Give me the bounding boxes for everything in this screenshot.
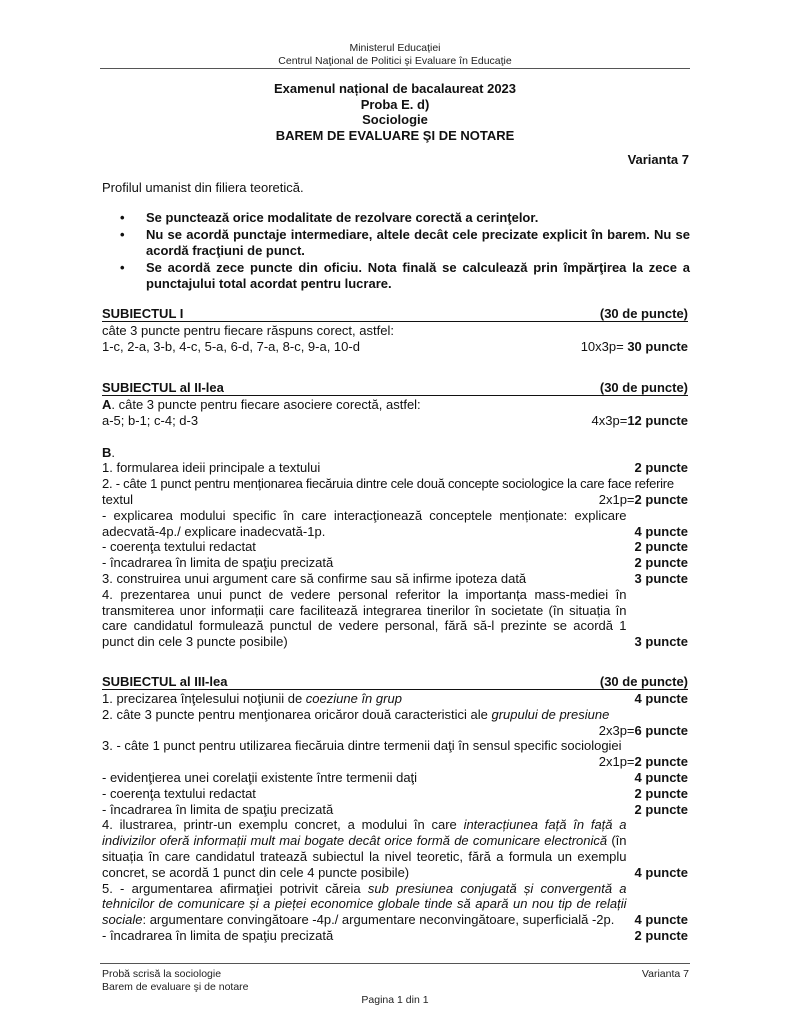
criterion-row: - coerenţa textului redactat 2 puncte bbox=[102, 786, 688, 802]
section-heading: SUBIECTUL al II-lea (30 de puncte) bbox=[102, 381, 688, 396]
section-title: SUBIECTUL al III-lea bbox=[102, 675, 227, 689]
subiect-3: SUBIECTUL al III-lea (30 de puncte) 1. p… bbox=[102, 675, 688, 944]
score-value: 2 puncte bbox=[635, 754, 688, 769]
criterion-points: 4 puncte bbox=[627, 770, 688, 786]
score-calc: 2x3p= bbox=[599, 723, 635, 738]
footer-divider bbox=[100, 963, 690, 964]
criterion-text: - încadrarea în limita de spaţiu preciza… bbox=[102, 555, 627, 571]
criterion-text: 3. - câte 1 punct pentru utilizarea fiec… bbox=[102, 738, 688, 754]
score-value: 2 puncte bbox=[635, 492, 688, 507]
criterion-row: 1. formularea ideii principale a textulu… bbox=[102, 460, 688, 476]
criterion-text-plain: 4. ilustrarea, printr-un exemplu concret… bbox=[102, 817, 464, 832]
criterion-points: 3 puncte bbox=[627, 634, 688, 650]
criterion-text: 1. precizarea înţelesului noţiunii de co… bbox=[102, 691, 627, 707]
score-value: 30 puncte bbox=[627, 339, 688, 354]
answer-row: a-5; b-1; c-4; d-3 4x3p=12 puncte bbox=[102, 413, 688, 429]
criterion-row: - încadrarea în limita de spaţiu preciza… bbox=[102, 802, 688, 818]
part-a-text: . câte 3 puncte pentru fiecare asociere … bbox=[111, 397, 420, 412]
criterion-points: 2x1p=2 puncte bbox=[102, 754, 688, 770]
score-calc: 4x3p= bbox=[592, 413, 628, 428]
criterion-row: - încadrarea în limita de spaţiu preciza… bbox=[102, 555, 688, 571]
section-intro: câte 3 puncte pentru fiecare răspuns cor… bbox=[102, 323, 688, 339]
center-name: Centrul Naţional de Politici şi Evaluare… bbox=[100, 55, 690, 68]
answer-key: a-5; b-1; c-4; d-3 bbox=[102, 413, 584, 429]
criterion-text-plain: : argumentare convingătoare -4p./ argume… bbox=[142, 912, 614, 927]
criterion-row: 4. prezentarea unui punct de vedere pers… bbox=[102, 587, 688, 650]
criterion-text-italic: grupului de presiune bbox=[492, 707, 610, 722]
criterion-points: 2 puncte bbox=[627, 555, 688, 571]
score-value: 6 puncte bbox=[635, 723, 688, 738]
page-number: Pagina 1 din 1 bbox=[100, 994, 690, 1006]
criterion-text: - încadrarea în limita de spaţiu preciza… bbox=[102, 802, 627, 818]
header-divider bbox=[100, 68, 690, 69]
section-points: (30 de puncte) bbox=[600, 381, 688, 395]
criterion-points: 2x1p=2 puncte bbox=[591, 492, 688, 508]
criterion-points: 2 puncte bbox=[627, 539, 688, 555]
criterion-points: 4 puncte bbox=[627, 912, 688, 928]
criterion-text: 1. formularea ideii principale a textulu… bbox=[102, 460, 627, 476]
criterion-points: 2 puncte bbox=[627, 928, 688, 944]
section-points: (30 de puncte) bbox=[600, 675, 688, 689]
part-a-label: A bbox=[102, 397, 111, 412]
criterion-points: 2 puncte bbox=[627, 460, 688, 476]
criterion-points: 3 puncte bbox=[627, 571, 688, 587]
criterion-row: 3. construirea unui argument care să con… bbox=[102, 571, 688, 587]
document-page: Ministerul Educației Centrul Naţional de… bbox=[0, 0, 791, 1024]
rule-item: Nu se acordă punctaje intermediare, alte… bbox=[120, 227, 690, 259]
part-b-heading: B. bbox=[102, 445, 688, 461]
answer-key: 1-c, 2-a, 3-b, 4-c, 5-a, 6-d, 7-a, 8-c, … bbox=[102, 339, 573, 355]
criterion-text: 4. prezentarea unui punct de vedere pers… bbox=[102, 587, 697, 650]
exam-proba: Proba E. d) bbox=[100, 97, 690, 113]
footer-barem-name: Barem de evaluare şi de notare bbox=[102, 981, 249, 994]
title-block: Examenul național de bacalaureat 2023 Pr… bbox=[100, 81, 690, 143]
exam-title: Examenul național de bacalaureat 2023 bbox=[100, 81, 690, 97]
criterion-text: 3. construirea unui argument care să con… bbox=[102, 571, 627, 587]
footer-exam-name: Probă scrisă la sociologie bbox=[102, 968, 249, 981]
score-value: 12 puncte bbox=[627, 413, 688, 428]
page-header: Ministerul Educației Centrul Naţional de… bbox=[100, 42, 690, 68]
criterion-row: - explicarea modului specific în care in… bbox=[102, 508, 688, 540]
section-heading: SUBIECTUL al III-lea (30 de puncte) bbox=[102, 675, 688, 690]
criterion-text-plain: 2. câte 3 puncte pentru menţionarea oric… bbox=[102, 707, 492, 722]
ministry-name: Ministerul Educației bbox=[100, 42, 690, 55]
criterion-points: 2 puncte bbox=[627, 786, 688, 802]
part-a-intro: A. câte 3 puncte pentru fiecare asociere… bbox=[102, 397, 688, 413]
criterion-row: - încadrarea în limita de spaţiu preciza… bbox=[102, 928, 688, 944]
criterion-text: - coerenţa textului redactat bbox=[102, 539, 627, 555]
criterion-row: 4. ilustrarea, printr-un exemplu concret… bbox=[102, 817, 688, 880]
score-calc: 10x3p= bbox=[581, 339, 628, 354]
criterion-text: - coerenţa textului redactat bbox=[102, 786, 627, 802]
criterion-text: 2. - câte 1 punct pentru menționarea fie… bbox=[102, 476, 688, 492]
part-b-label: B bbox=[102, 445, 111, 460]
criterion-text: 5. - argumentarea afirmaţiei potrivit că… bbox=[102, 881, 717, 928]
exam-subject: Sociologie bbox=[100, 112, 690, 128]
rule-item: Se punctează orice modalitate de rezolva… bbox=[120, 210, 690, 226]
criterion-text: textul bbox=[102, 492, 591, 508]
score-total: 10x3p= 30 puncte bbox=[573, 339, 688, 355]
criterion-text: 2. câte 3 puncte pentru menţionarea oric… bbox=[102, 707, 688, 723]
criterion-row: - coerenţa textului redactat 2 puncte bbox=[102, 539, 688, 555]
subiect-2: SUBIECTUL al II-lea (30 de puncte) A. câ… bbox=[102, 381, 688, 650]
subiect-1: SUBIECTUL I (30 de puncte) câte 3 puncte… bbox=[102, 307, 688, 355]
section-title: SUBIECTUL I bbox=[102, 307, 183, 321]
criterion-text-italic: coeziune în grup bbox=[306, 691, 402, 706]
criterion-points: 4 puncte bbox=[627, 524, 688, 540]
score-total: 4x3p=12 puncte bbox=[584, 413, 688, 429]
criterion-row: 1. precizarea înţelesului noţiunii de co… bbox=[102, 691, 688, 707]
section-title: SUBIECTUL al II-lea bbox=[102, 381, 224, 395]
criterion-text-plain: 5. - argumentarea afirmaţiei potrivit că… bbox=[102, 881, 368, 896]
score-calc: 2x1p= bbox=[599, 754, 635, 769]
criterion-text: - explicarea modului specific în care in… bbox=[102, 508, 717, 540]
criterion-text: - evidenţierea unei corelaţii existente … bbox=[102, 770, 627, 786]
profile-text: Profilul umanist din filiera teoretică. bbox=[102, 180, 304, 195]
barem-title: BAREM DE EVALUARE ŞI DE NOTARE bbox=[100, 128, 690, 144]
rule-item: Se acordă zece puncte din oficiu. Nota f… bbox=[120, 260, 690, 292]
criterion-text-plain: 1. precizarea înţelesului noţiunii de bbox=[102, 691, 306, 706]
criterion-text: 4. ilustrarea, printr-un exemplu concret… bbox=[102, 817, 697, 880]
variant-label: Varianta 7 bbox=[628, 152, 689, 167]
criterion-row: 5. - argumentarea afirmaţiei potrivit că… bbox=[102, 881, 688, 928]
criterion-points: 2x3p=6 puncte bbox=[102, 723, 688, 739]
criterion-points: 4 puncte bbox=[627, 691, 688, 707]
criterion-points: 2 puncte bbox=[627, 802, 688, 818]
criterion-points: 4 puncte bbox=[627, 865, 688, 881]
general-rules: Se punctează orice modalitate de rezolva… bbox=[120, 210, 690, 293]
criterion-row: - evidenţierea unei corelaţii existente … bbox=[102, 770, 688, 786]
criterion-row: textul 2x1p=2 puncte bbox=[102, 492, 688, 508]
answer-row: 1-c, 2-a, 3-b, 4-c, 5-a, 6-d, 7-a, 8-c, … bbox=[102, 339, 688, 355]
score-calc: 2x1p= bbox=[599, 492, 635, 507]
section-points: (30 de puncte) bbox=[600, 307, 688, 321]
criterion-text: - încadrarea în limita de spaţiu preciza… bbox=[102, 928, 627, 944]
footer-variant: Varianta 7 bbox=[642, 968, 689, 980]
section-heading: SUBIECTUL I (30 de puncte) bbox=[102, 307, 688, 322]
footer-left: Probă scrisă la sociologie Barem de eval… bbox=[102, 968, 249, 994]
